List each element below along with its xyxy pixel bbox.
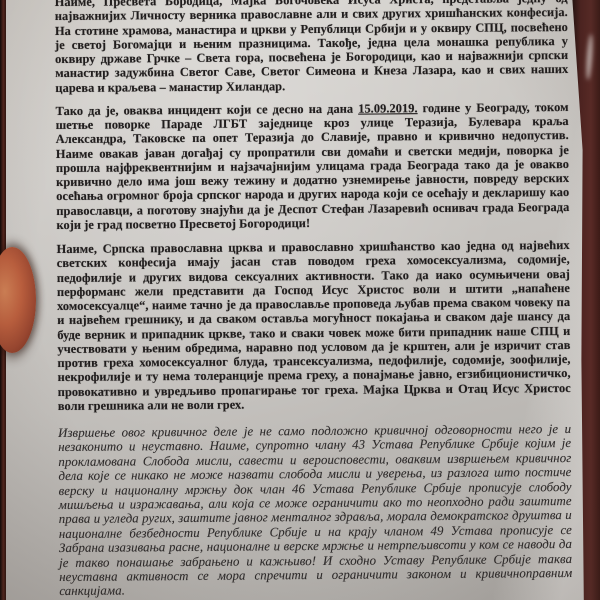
incident-date: 15.09.2019. — [358, 101, 418, 115]
paragraph-2: Тако да је, оваква инцидент који се десн… — [55, 100, 569, 232]
photographed-document: Наиме, Пресвета Бородица, Мајка Богочове… — [0, 0, 600, 600]
paragraph-1: Наиме, Пресвета Бородица, Мајка Богочове… — [55, 0, 569, 95]
paragraph-3: Наиме, Српска православна црква и правос… — [57, 238, 571, 413]
paragraph-4: Извршење овог кривичног деле је не само … — [58, 422, 572, 599]
paragraph-2-text-after-date: године у Београду, током шетње поворке П… — [56, 100, 570, 232]
document-text: Наиме, Пресвета Бородица, Мајка Богочове… — [55, 0, 573, 599]
